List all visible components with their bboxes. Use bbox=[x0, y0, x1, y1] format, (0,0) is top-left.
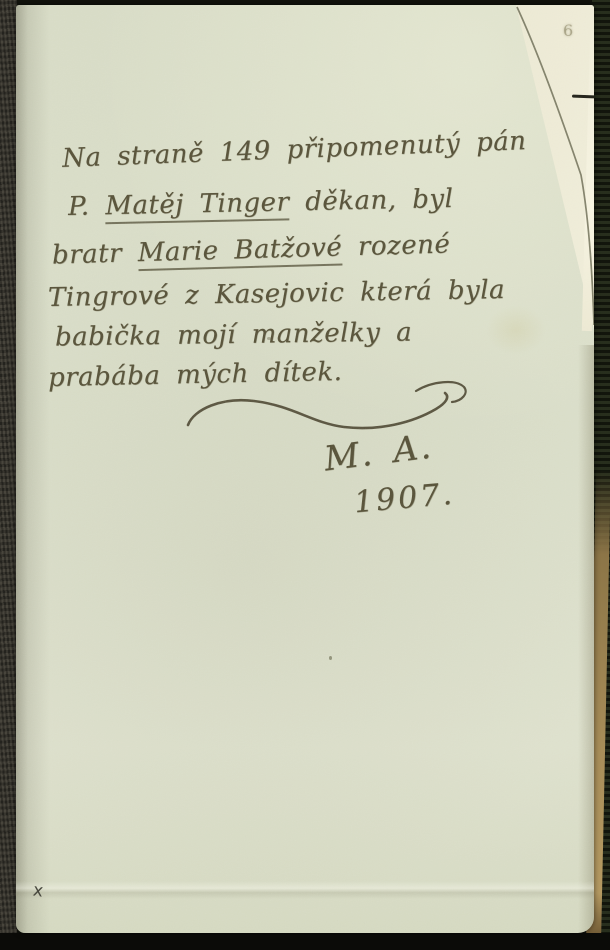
page-edge-shadow bbox=[578, 345, 594, 933]
page: 6 Na straně 149 připomenutý pán P. Matěj… bbox=[16, 5, 594, 933]
handwriting-line-4: Tingrové z Kasejovic která byla bbox=[48, 275, 506, 313]
handwriting-line-3: bratr Marie Batžové rozené bbox=[52, 229, 451, 270]
book-scan: 6 Na straně 149 připomenutý pán P. Matěj… bbox=[0, 0, 610, 950]
underlined-name-matej-tinger: Matěj Tinger bbox=[105, 187, 290, 224]
line2-suffix: děkan, byl bbox=[289, 184, 454, 217]
handwriting-line-2: P. Matěj Tinger děkan, byl bbox=[68, 184, 454, 222]
handwriting-line-5: babička mojí manželky a bbox=[55, 318, 413, 353]
handwriting-line-6: prabába mých dítek. bbox=[48, 357, 343, 393]
gutter-shadow bbox=[16, 5, 50, 933]
line3-suffix: rozené bbox=[342, 229, 451, 262]
handwriting-line-1: Na straně 149 připomenutý pán bbox=[62, 126, 527, 174]
faint-page-number: 6 bbox=[563, 21, 573, 40]
paper-speck bbox=[329, 656, 332, 660]
line3-prefix: bratr bbox=[52, 238, 139, 270]
horizontal-crease bbox=[16, 881, 594, 899]
underlined-name-marie-batzova: Marie Batžové bbox=[137, 232, 342, 271]
binding-cloth-strip bbox=[0, 0, 17, 950]
line2-prefix: P. bbox=[68, 191, 106, 222]
paper-stain bbox=[486, 305, 546, 355]
signature-initials: M. A. bbox=[322, 427, 435, 480]
signature-year: 1907. bbox=[353, 477, 457, 521]
scan-bottom-edge bbox=[0, 933, 610, 950]
